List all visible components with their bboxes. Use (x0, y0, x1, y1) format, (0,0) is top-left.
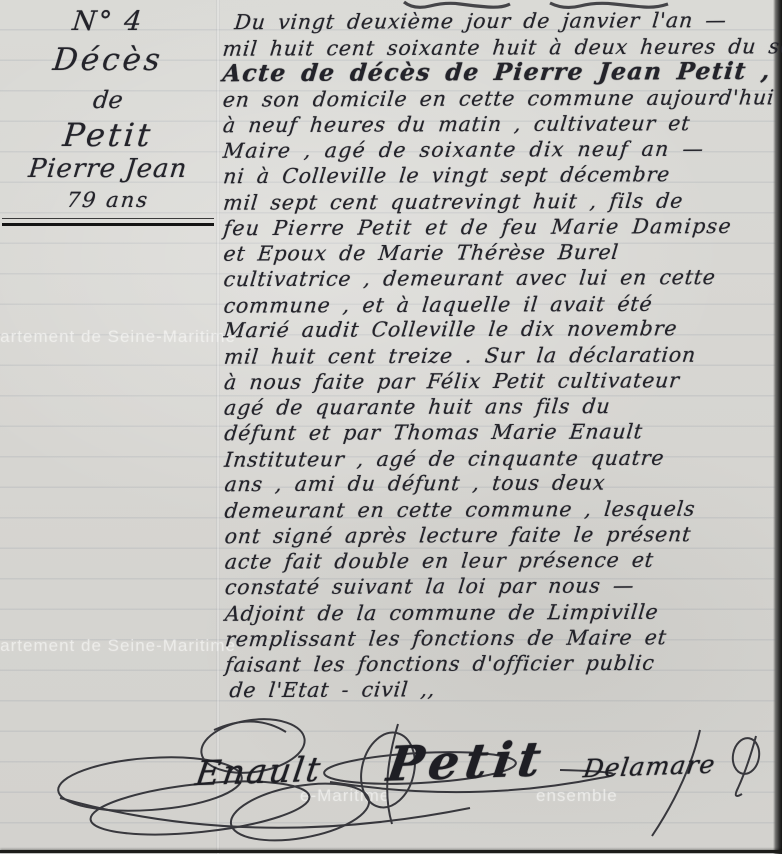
act-line: à nous faite par Félix Petit cultivateur (224, 367, 772, 395)
signature-enault: Enault (193, 750, 325, 794)
act-line: défunt et par Thomas Marie Enault (224, 419, 772, 447)
act-line: ont signé après lecture faite le présent (225, 522, 773, 550)
watermark-departement: Département de Seine-Maritime (0, 327, 236, 347)
death-record-scan-page: Département de Seine-Maritime Départemen… (0, 0, 782, 854)
act-line: faisant les fonctions d'officier public (225, 650, 773, 678)
act-line: remplissant les fonctions de Maire et (225, 624, 773, 652)
act-line: agé de quarante huit ans fils du (224, 393, 772, 421)
signature-delamare: Delamare (582, 750, 718, 784)
act-line: Adjoint de la commune de Limpiville (225, 599, 773, 627)
act-line: de l'Etat - civil ,, (225, 676, 773, 704)
act-number: N° 4 (0, 6, 218, 37)
act-line: demeurant en cette commune , lesquels (225, 496, 773, 524)
act-line: mil sept cent quatrevingt huit , fils de (223, 188, 771, 216)
act-line: ni à Colleville le vingt sept décembre (223, 162, 771, 190)
act-line: à neuf heures du matin , cultivateur et (223, 111, 771, 139)
act-line: Du vingt deuxième jour de janvier l'an — (222, 8, 770, 36)
act-line: constaté suivant la loi par nous — (225, 573, 773, 601)
scan-bottom-rule (0, 850, 782, 853)
signature-block: Enault Petit Delamare (0, 712, 782, 848)
act-line: feu Pierre Petit et de feu Marie Damipse (223, 213, 771, 241)
act-type-label: Décès (0, 42, 218, 78)
act-line: Marié audit Colleville le dix novembre (224, 316, 772, 344)
act-line: Maire , agé de soixante dix neuf an — (223, 136, 771, 164)
watermark-departement: Département de Seine-Maritime (0, 636, 236, 656)
deceased-surname: Petit (0, 116, 218, 154)
act-line: ans , ami du défunt , tous deux (225, 470, 773, 498)
act-line: mil huit cent treize . Sur la déclaratio… (224, 342, 772, 370)
act-line: commune , et à laquelle il avait été (224, 290, 772, 318)
act-line: et Epoux de Marie Thérèse Burel (223, 239, 771, 267)
act-line: en son domicile en cette commune aujourd… (223, 85, 771, 113)
margin-double-rule (2, 218, 214, 226)
act-line: acte fait double en leur présence et (225, 547, 773, 575)
act-body-text: Du vingt deuxième jour de janvier l'an —… (222, 8, 773, 704)
act-line: Instituteur , agé de cinquante quatre (224, 444, 772, 472)
deceased-age: 79 ans (0, 188, 217, 212)
signature-petit: Petit (384, 731, 551, 792)
deceased-given-names: Pierre Jean (0, 154, 218, 184)
act-of-word: de (0, 86, 217, 114)
act-line: cultivatrice , demeurant avec lui en cet… (224, 265, 772, 293)
act-line-title: Acte de décès de Pierre Jean Petit , déc… (223, 59, 771, 87)
